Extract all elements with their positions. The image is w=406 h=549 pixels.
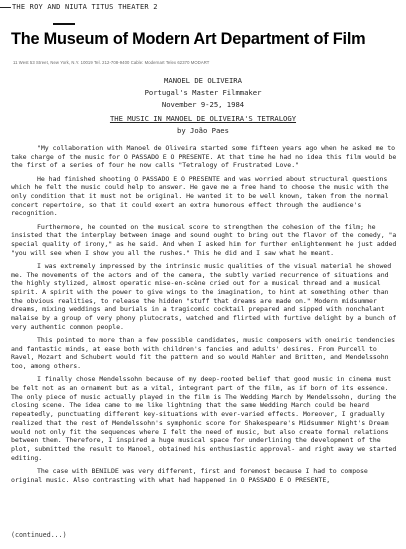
theater-label: THE ROY AND NIUTA TITUS THEATER 2	[12, 3, 158, 11]
article-body: "My collaboration with Manoel de Oliveir…	[11, 144, 397, 489]
address-line: 11 West 53 Street, New York, N.Y. 10019 …	[13, 60, 209, 65]
document-page: THE ROY AND NIUTA TITUS THEATER 2 The Mu…	[0, 0, 406, 549]
paragraph: Furthermore, he counted on the musical s…	[11, 223, 397, 258]
paragraph: The case with BENILDE was very different…	[11, 467, 397, 484]
paragraph: I was extremely impressed by the intrins…	[11, 262, 397, 332]
paragraph: I finally chose Mendelssohn because of m…	[11, 375, 397, 462]
program-subject: MANOEL DE OLIVEIRA	[0, 76, 406, 85]
paragraph: "My collaboration with Manoel de Oliveir…	[11, 144, 397, 170]
masthead-title: The Museum of Modern Art Department of F…	[11, 30, 365, 49]
program-subtitle: Portugal's Master Filmmaker	[0, 88, 406, 97]
continued-label: (continued...)	[11, 531, 67, 539]
paragraph: This pointed to more than a few possible…	[11, 336, 397, 371]
article-byline: by João Paes	[0, 126, 406, 135]
program-dates: November 9-25, 1984	[0, 100, 406, 109]
header-dash	[0, 7, 11, 8]
paragraph: He had finished shooting O PASSADO E O P…	[11, 175, 397, 219]
article-title: THE MUSIC IN MANOEL DE OLIVEIRA'S TETRAL…	[0, 114, 406, 123]
header-rule	[53, 23, 75, 25]
